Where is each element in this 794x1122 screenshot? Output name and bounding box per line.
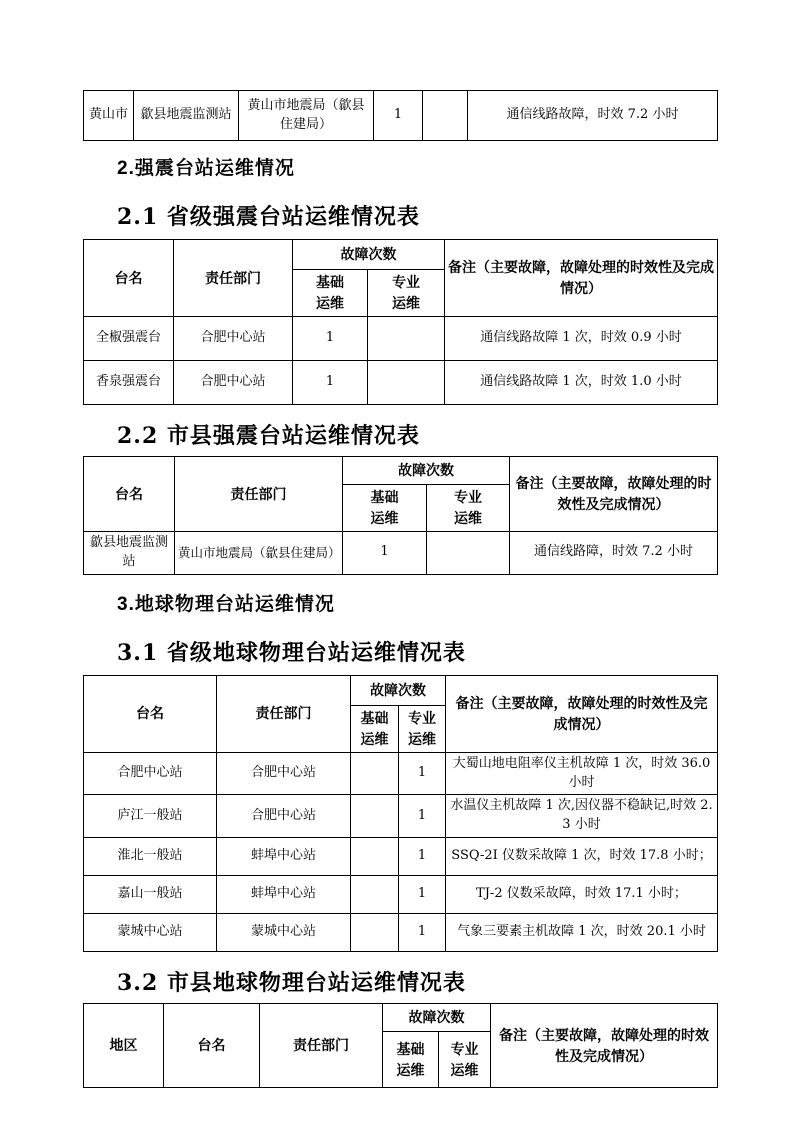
header-professional-maintenance: 专业运维 xyxy=(399,705,446,752)
cell-department: 蚌埠中心站 xyxy=(217,838,351,876)
provincial-geophysical-table: 台名 责任部门 故障次数 备注（主要故障，故障处理的时效性及完成情况） 基础运维… xyxy=(83,675,718,952)
cell-professional-count: 1 xyxy=(399,795,446,838)
cell-department: 黄山市地震局（歙县住建局） xyxy=(239,91,374,141)
header-region: 地区 xyxy=(84,1004,164,1088)
cell-basic-count: 1 xyxy=(374,91,423,141)
section-2-heading: 2.强震台站运维情况 xyxy=(117,153,717,180)
table-row: 淮北一般站 蚌埠中心站 1 SSQ-2I 仪数采故障 1 次，时效 17.8 小… xyxy=(84,838,718,876)
table-2-2-title: 2.2 市县强震台站运维情况表 xyxy=(117,419,717,450)
cell-basic-count: 1 xyxy=(293,317,368,361)
cell-station-name: 合肥中心站 xyxy=(84,752,217,795)
cell-professional-count xyxy=(423,91,468,141)
cell-department: 合肥中心站 xyxy=(217,795,351,838)
header-row: 台名 责任部门 故障次数 备注（主要故障，故障处理的时效性及完成情况） xyxy=(84,457,718,485)
table-row: 全椒强震台 合肥中心站 1 通信线路故障 1 次，时效 0.9 小时 xyxy=(84,317,718,361)
cell-professional-count xyxy=(368,361,445,405)
cell-station-name: 蒙城中心站 xyxy=(84,914,217,952)
cell-basic-count xyxy=(351,795,399,838)
cell-department: 蒙城中心站 xyxy=(217,914,351,952)
header-basic-maintenance: 基础运维 xyxy=(293,270,368,317)
table-row: 黄山市 歙县地震监测站 黄山市地震局（歙县住建局） 1 通信线路故障，时效 7.… xyxy=(84,91,718,141)
cell-basic-count xyxy=(351,914,399,952)
cell-station-name: 歙县地震监测站 xyxy=(134,91,239,141)
table-row: 蒙城中心站 蒙城中心站 1 气象三要素主机故障 1 次，时效 20.1 小时 xyxy=(84,914,718,952)
header-professional-maintenance: 专业运维 xyxy=(427,485,510,532)
cell-remark: 气象三要素主机故障 1 次，时效 20.1 小时 xyxy=(446,914,718,952)
header-department: 责任部门 xyxy=(217,675,351,752)
cell-professional-count: 1 xyxy=(399,838,446,876)
header-row: 台名 责任部门 故障次数 备注（主要故障，故障处理的时效性及完成情况） xyxy=(84,240,718,270)
header-station: 台名 xyxy=(84,675,217,752)
report-page: 黄山市 歙县地震监测站 黄山市地震局（歙县住建局） 1 通信线路故障，时效 7.… xyxy=(0,0,794,1122)
header-basic-maintenance: 基础运维 xyxy=(351,705,399,752)
cell-basic-count: 1 xyxy=(343,532,427,575)
header-basic-label: 基础运维 xyxy=(370,487,399,529)
county-strong-motion-table: 台名 责任部门 故障次数 备注（主要故障，故障处理的时效性及完成情况） 基础运维… xyxy=(83,456,718,575)
table-row: 歙县地震监测站 黄山市地震局（歙县住建局） 1 通信线路障，时效 7.2 小时 xyxy=(84,532,718,575)
table-3-2-title: 3.2 市县地球物理台站运维情况表 xyxy=(117,966,717,997)
table-row: 香泉强震台 合肥中心站 1 通信线路故障 1 次，时效 1.0 小时 xyxy=(84,361,718,405)
cell-professional-count: 1 xyxy=(399,876,446,914)
header-station: 台名 xyxy=(164,1004,260,1088)
table-row: 庐江一般站 合肥中心站 1 水温仪主机故障 1 次,因仪器不稳缺记,时效 2.3… xyxy=(84,795,718,838)
header-professional-maintenance: 专业运维 xyxy=(439,1032,491,1088)
section-3-heading: 3.地球物理台站运维情况 xyxy=(117,589,717,616)
cell-department: 合肥中心站 xyxy=(174,361,293,405)
cell-remark: 通信线路故障，时效 7.2 小时 xyxy=(468,91,718,141)
provincial-strong-motion-table: 台名 责任部门 故障次数 备注（主要故障，故障处理的时效性及完成情况） 基础运维… xyxy=(83,239,718,405)
cell-professional-count xyxy=(368,317,445,361)
header-row: 地区 台名 责任部门 故障次数 备注（主要故障，故障处理的时效性及完成情况） xyxy=(84,1004,718,1032)
header-remark: 备注（主要故障，故障处理的时效性及完成情况） xyxy=(446,675,718,752)
header-department: 责任部门 xyxy=(175,457,343,532)
header-basic-maintenance: 基础运维 xyxy=(343,485,427,532)
cell-professional-count: 1 xyxy=(399,752,446,795)
header-row: 台名 责任部门 故障次数 备注（主要故障，故障处理的时效性及完成情况） xyxy=(84,675,718,705)
cell-department: 合肥中心站 xyxy=(174,317,293,361)
county-geophysical-table: 地区 台名 责任部门 故障次数 备注（主要故障，故障处理的时效性及完成情况） 基… xyxy=(83,1003,718,1088)
cell-remark: 通信线路障，时效 7.2 小时 xyxy=(510,532,718,575)
header-professional-label: 专业运维 xyxy=(450,1039,479,1081)
header-fault-count: 故障次数 xyxy=(293,240,445,270)
cell-remark: 大蜀山地电阻率仪主机故障 1 次，时效 36.0 小时 xyxy=(446,752,718,795)
cell-remark: SSQ-2I 仪数采故障 1 次，时效 17.8 小时； xyxy=(446,838,718,876)
cell-station-name: 庐江一般站 xyxy=(84,795,217,838)
table-3-1-title: 3.1 省级地球物理台站运维情况表 xyxy=(117,636,717,667)
cell-station-name: 淮北一般站 xyxy=(84,838,217,876)
cell-basic-count xyxy=(351,876,399,914)
header-remark: 备注（主要故障，故障处理的时效性及完成情况） xyxy=(445,240,718,317)
cell-professional-count xyxy=(427,532,510,575)
cell-professional-count: 1 xyxy=(399,914,446,952)
cell-basic-count: 1 xyxy=(293,361,368,405)
cell-department: 黄山市地震局（歙县住建局） xyxy=(175,532,343,575)
cell-station-name: 歙县地震监测站 xyxy=(84,532,175,575)
cell-station-name: 全椒强震台 xyxy=(84,317,174,361)
header-fault-count: 故障次数 xyxy=(383,1004,491,1032)
cell-station-name: 嘉山一般站 xyxy=(84,876,217,914)
cell-remark: TJ-2 仪数采故障，时效 17.1 小时； xyxy=(446,876,718,914)
header-basic-label: 基础运维 xyxy=(360,708,389,750)
header-fault-count: 故障次数 xyxy=(351,675,446,705)
table-row: 合肥中心站 合肥中心站 1 大蜀山地电阻率仪主机故障 1 次，时效 36.0 小… xyxy=(84,752,718,795)
cell-department: 合肥中心站 xyxy=(217,752,351,795)
cell-basic-count xyxy=(351,838,399,876)
cell-remark: 通信线路故障 1 次，时效 1.0 小时 xyxy=(445,361,718,405)
header-professional-maintenance: 专业运维 xyxy=(368,270,445,317)
cell-remark: 通信线路故障 1 次，时效 0.9 小时 xyxy=(445,317,718,361)
header-remark: 备注（主要故障，故障处理的时效性及完成情况） xyxy=(491,1004,718,1088)
cell-station-name: 香泉强震台 xyxy=(84,361,174,405)
cell-region: 黄山市 xyxy=(84,91,134,141)
cell-remark: 水温仪主机故障 1 次,因仪器不稳缺记,时效 2.3 小时 xyxy=(446,795,718,838)
header-department: 责任部门 xyxy=(174,240,293,317)
cell-basic-count xyxy=(351,752,399,795)
city-strong-motion-continuation-table: 黄山市 歙县地震监测站 黄山市地震局（歙县住建局） 1 通信线路故障，时效 7.… xyxy=(83,90,718,141)
cell-department: 蚌埠中心站 xyxy=(217,876,351,914)
table-2-1-title: 2.1 省级强震台站运维情况表 xyxy=(117,200,717,231)
header-remark: 备注（主要故障，故障处理的时效性及完成情况） xyxy=(510,457,718,532)
header-professional-label: 专业运维 xyxy=(391,272,420,314)
header-basic-label: 基础运维 xyxy=(396,1039,425,1081)
header-basic-maintenance: 基础运维 xyxy=(383,1032,439,1088)
header-professional-label: 专业运维 xyxy=(453,487,482,529)
table-row: 嘉山一般站 蚌埠中心站 1 TJ-2 仪数采故障，时效 17.1 小时； xyxy=(84,876,718,914)
header-basic-label: 基础运维 xyxy=(315,272,344,314)
header-station: 台名 xyxy=(84,457,175,532)
header-department: 责任部门 xyxy=(260,1004,383,1088)
header-station: 台名 xyxy=(84,240,174,317)
header-professional-label: 专业运维 xyxy=(407,708,436,750)
header-fault-count: 故障次数 xyxy=(343,457,510,485)
